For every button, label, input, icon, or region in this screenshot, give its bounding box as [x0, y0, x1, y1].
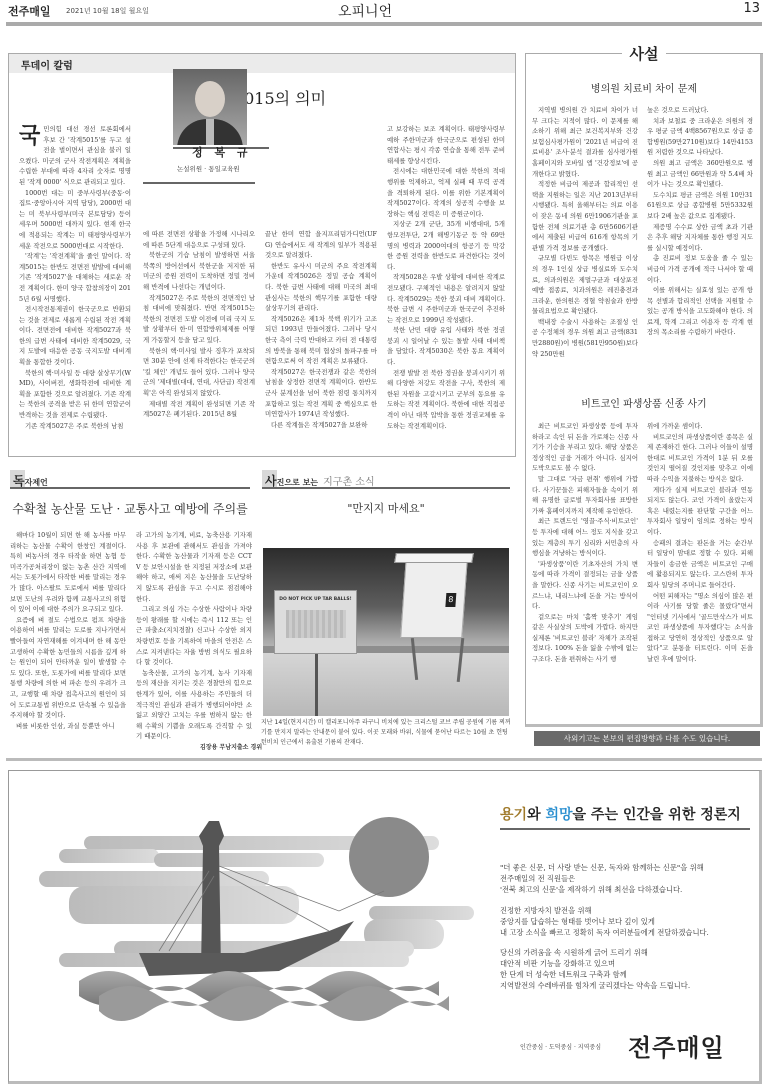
today-column-text-col-1: 국 민의힘 대선 경선 토론회에서 후보 간 '작계5015'를 두고 설전을 … — [19, 124, 131, 454]
masthead-date: 2021년 10월 18일 월요일 — [66, 6, 149, 16]
page-number: 13 — [743, 1, 760, 16]
editorial-headline-1: 병의원 치료비 차이 문제 — [525, 80, 763, 95]
dropcap: 국 — [19, 126, 40, 146]
editorial-headline-2: 비트코인 파생상품 신종 사기 — [525, 395, 763, 410]
editorial-1-text-col-1: 지역별 병의원 간 치료비 차이가 너무 크다는 지적이 많다. 이 문제를 해… — [532, 105, 638, 387]
photo-news-section-header: 사진으로 보는 지구촌 소식 — [262, 470, 510, 489]
contribution-text-col-2: 라 고가의 농기계, 비료, 농축산용 기자재 사용 후 보관에 관해서도 관심… — [136, 530, 252, 742]
ad-paragraph-2: 진정한 지방자치 발전을 위해 중앙지를 답습하는 형태를 벗어나 보다 깊이 … — [500, 905, 755, 938]
today-column-text-col-2: 에 따른 전면전 상황을 가정해 시나리오에 따른 5단계 대응으로 구성돼 있… — [143, 229, 255, 454]
masthead-brand: 전주매일 — [8, 3, 51, 19]
ship-illustration — [29, 791, 479, 1031]
contribution-section-header: 독자제언 — [10, 470, 250, 489]
today-column-text-col-3: 끝난 한미 연합 을지프리덤가디언(UFG) 연습에서도 새 작계의 일부가 적… — [265, 229, 377, 454]
sand — [263, 653, 509, 716]
today-column-title: 작계 5015의 의미 — [9, 86, 515, 109]
lifeguard-tower: 8 — [400, 558, 468, 638]
section-title: 오피니언 — [338, 1, 392, 21]
author-portrait — [173, 69, 247, 145]
sign-post — [315, 654, 318, 716]
editorial-1-text-col-2: 높은 것으로 드러났다. 치과 보철료 중 크라운은 의원의 경우 평균 금액 … — [647, 105, 753, 387]
ad-headline-divider — [500, 828, 750, 830]
today-column: 투데이 칼럼 작계 5015의 의미 국 민의힘 대선 경선 토론회에서 후보 … — [8, 53, 516, 457]
contribution-byline: 김장용 무남지출소 경위 — [200, 742, 262, 751]
ad-brand-logo: 전주매일 — [628, 1028, 725, 1063]
today-column-label: 투데이 칼럼 — [9, 54, 515, 73]
warning-sign: DO NOT PICK UP TAR BALLS! — [274, 590, 357, 654]
contribution-headline: 수확철 농산물 도난 · 교통사고 예방에 주의를 — [10, 500, 250, 517]
photo-news-headline: "만지지 마세요" — [262, 500, 510, 516]
tower-roof — [394, 553, 474, 563]
ad-slogan: 인간중심 · 도덕중심 · 지역중심 — [520, 1042, 601, 1051]
ad-paragraph-3: 당신의 가려움을 속 시원하게 긁어 드리기 위해 대안적 비판 기능을 강화하… — [500, 947, 755, 991]
disclaimer-banner: 사외기고는 본보의 편집방향과 다를 수도 있습니다. — [534, 731, 760, 746]
ad-headline: 용기와 희망을 주는 인간을 위한 정론지 — [500, 804, 741, 824]
today-column-text-col-4: 고 보강하는 보조 계획이다. 태평양사령부 예하 주한미군과 한국군으로 편성… — [387, 124, 505, 454]
author-name: 정 복 규 — [192, 144, 252, 160]
masthead: 전주매일 2021년 10월 18일 월요일 오피니언 13 — [8, 0, 760, 22]
editorial-label: 사설 — [525, 43, 763, 64]
editorial-2-text-col-2: 위에 가까운 셈이다. 비트코인의 파생상품이란 종목은 실제 존재하긴 한다.… — [647, 421, 753, 713]
contribution-text-col-1: 해마다 10월이 되면 한 해 농사를 마무리하는 농산물 수확이 한창인 계절… — [10, 530, 126, 752]
beach-photo: DO NOT PICK UP TAR BALLS! 8 — [263, 548, 509, 716]
masthead-divider — [6, 22, 762, 26]
author-title: 논설위원 · 통일교육원 — [177, 164, 240, 173]
editorial-2-text-col-1: 최근 비트코인 파생상품 등에 투자하라고 속인 뒤 돈을 가로채는 신종 사기… — [532, 421, 638, 713]
photo-caption: 지난 14일(현지시간) 미 캘리포니아주 라구니 비치에 있는 크리스털 코브… — [261, 718, 513, 748]
ad-paragraph-1: "더 좋은 신문, 더 사랑 받는 신문, 독자와 함께하는 신문"을 위해 전… — [500, 862, 755, 895]
section-divider — [6, 758, 762, 761]
author-divider — [143, 182, 255, 184]
